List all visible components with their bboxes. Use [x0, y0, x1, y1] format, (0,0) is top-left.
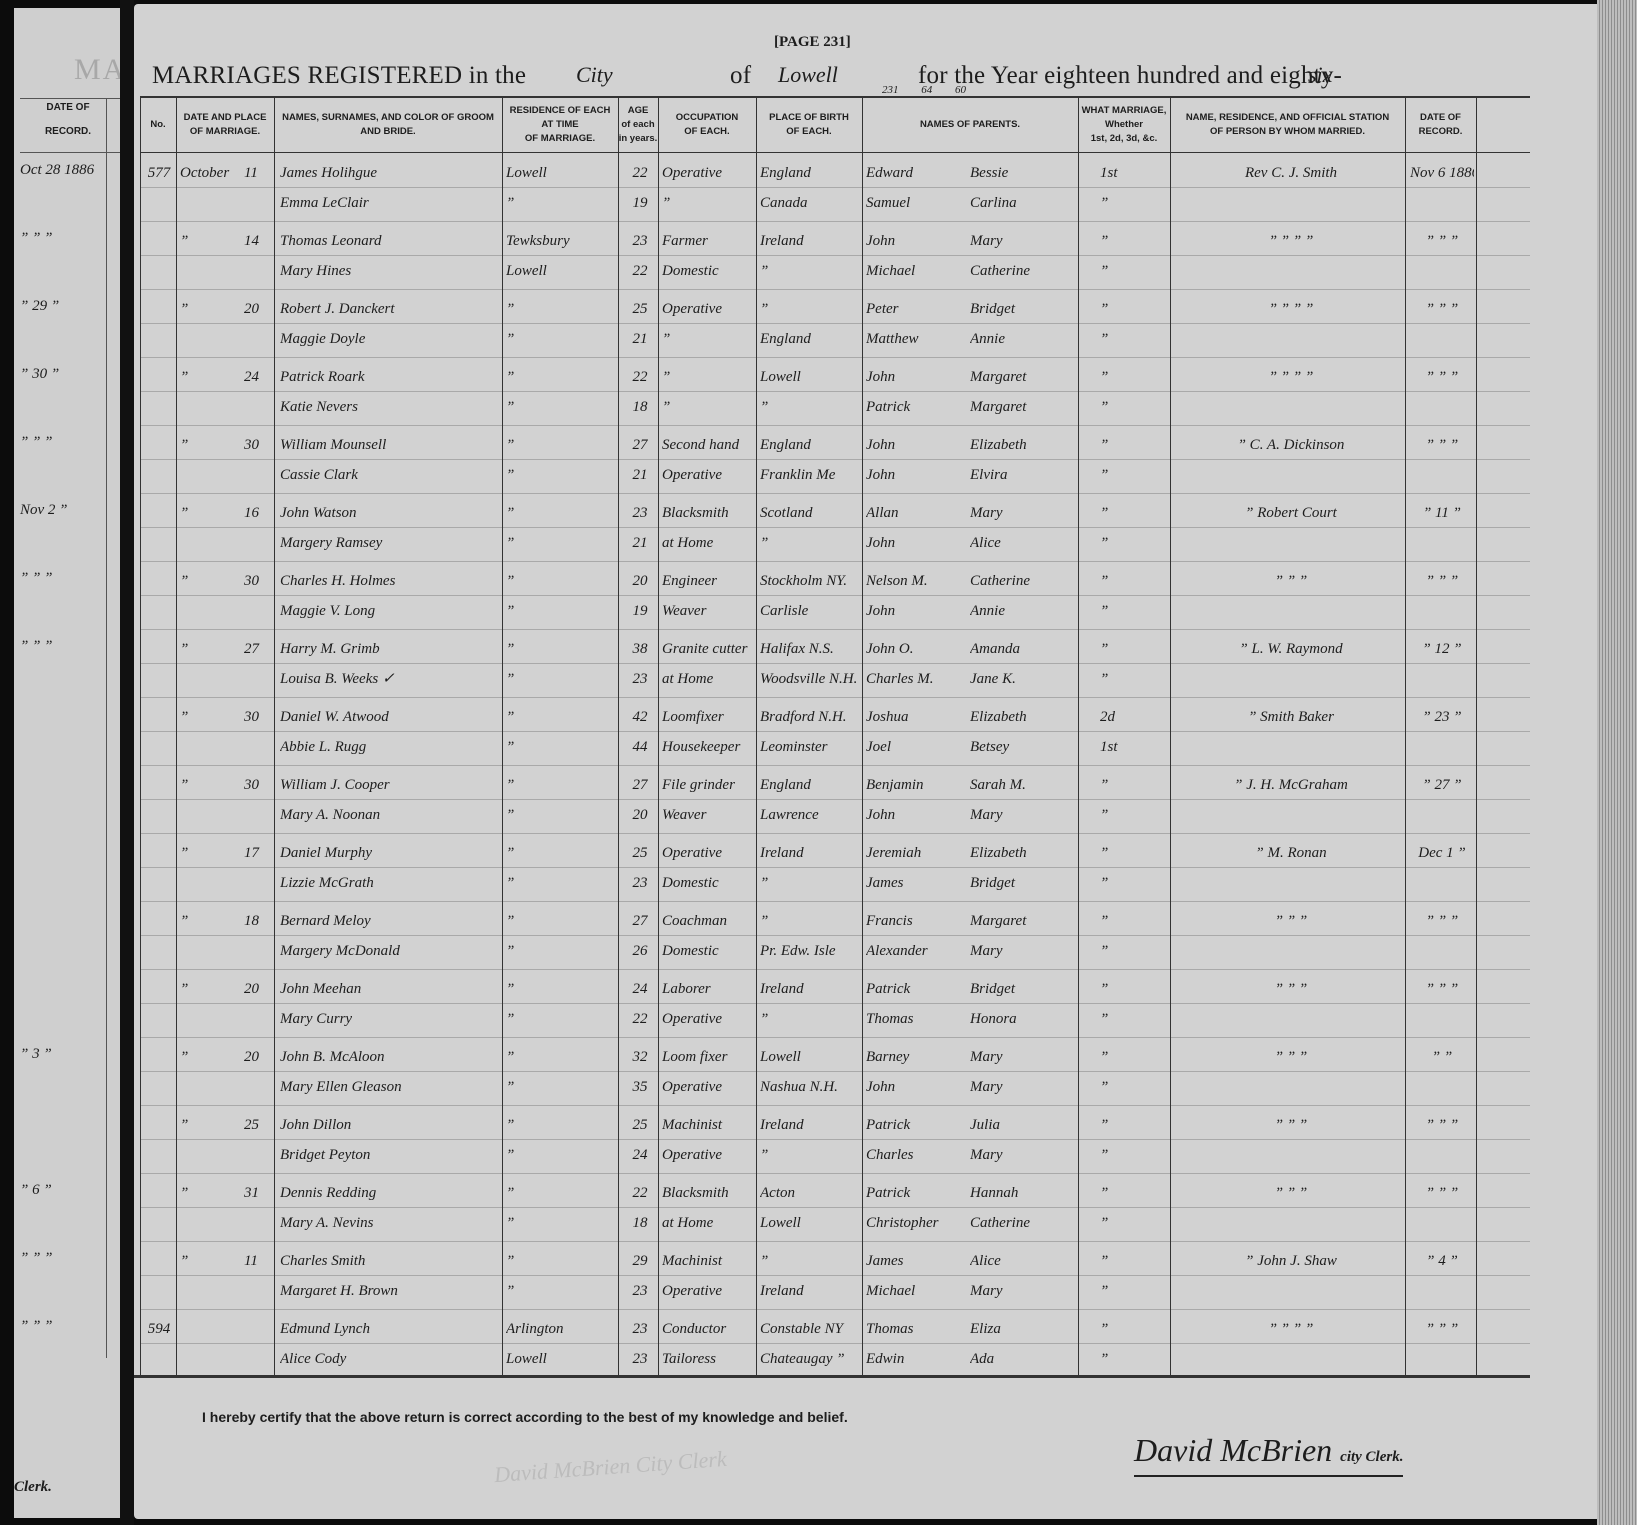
cell-date: ”14: [180, 226, 272, 256]
cell-no: 577: [142, 158, 176, 188]
year-suffix: six: [1308, 62, 1332, 88]
cell-names: Edmund LynchAlice Cody: [280, 1314, 500, 1374]
bride: Margery Ramsey: [280, 528, 500, 558]
register-entry: ”20John MeehanMary Curry””2422LaborerOpe…: [140, 974, 1530, 1042]
column-header-date_record: DATE OF RECORD.: [1405, 98, 1476, 152]
father: Patrick: [866, 1110, 966, 1140]
cell-date: ”16: [180, 498, 272, 528]
year-label: for the Year eighteen hundred and eighty…: [918, 62, 1342, 90]
cell-father: PatrickThomas: [866, 974, 966, 1034]
marriage-month: ”: [180, 301, 188, 317]
cell-birthplace: ”Pr. Edw. Isle: [760, 906, 860, 966]
cell-father: PeterMatthew: [866, 294, 966, 354]
occ-g: Blacksmith: [662, 1178, 754, 1208]
marr-g: ”: [1100, 906, 1166, 936]
cell-father: EdwardSamuel: [866, 158, 966, 218]
cell-date: ”24: [180, 362, 272, 392]
register-entry: ”20Robert J. DanckertMaggie Doyle””2521O…: [140, 294, 1530, 362]
cell-father: BarneyJohn: [866, 1042, 966, 1102]
left-record-date: Oct 28 1886: [20, 162, 110, 179]
cell-recorded: Dec 1 ”: [1410, 838, 1474, 868]
cell-officiant: ” John J. Shaw: [1180, 1246, 1402, 1276]
occ-b: at Home: [662, 664, 754, 694]
cell-age: 2726: [624, 906, 656, 966]
officiant: ” C. A. Dickinson: [1180, 430, 1402, 460]
age-b: 21: [624, 528, 656, 558]
register-entry: ”30Daniel W. AtwoodAbbie L. Rugg””4244Lo…: [140, 702, 1530, 770]
cell-age: 3823: [624, 634, 656, 694]
left-clerk-fragment: Clerk.: [14, 1479, 52, 1496]
father2: Alexander: [866, 936, 966, 966]
father2: Thomas: [866, 1004, 966, 1034]
register-entry: ”14Thomas LeonardMary HinesTewksburyLowe…: [140, 226, 1530, 294]
officiant: ” ” ”: [1180, 1110, 1402, 1140]
res-b: ”: [506, 1004, 616, 1034]
cell-officiant: ” ” ”: [1180, 1110, 1402, 1140]
cell-residence: ””: [506, 1246, 616, 1306]
cell-age: 2321: [624, 498, 656, 558]
marr-g: ”: [1100, 1314, 1166, 1344]
marriage-day: 25: [244, 1110, 259, 1140]
occ-b: Domestic: [662, 868, 754, 898]
res-b: ”: [506, 1276, 616, 1306]
bride: Mary Curry: [280, 1004, 500, 1034]
marr-b: ”: [1100, 1072, 1166, 1102]
res-g: ”: [506, 1178, 616, 1208]
cell-what-marriage: ””: [1100, 906, 1166, 966]
cell-father: JoshuaJoel: [866, 702, 966, 762]
cell-what-marriage: ””: [1100, 498, 1166, 558]
res-b: ”: [506, 1208, 616, 1238]
occ-b: ”: [662, 188, 754, 218]
cell-names: Charles SmithMargaret H. Brown: [280, 1246, 500, 1306]
cell-father: JeremiahJames: [866, 838, 966, 898]
father2: Michael: [866, 1276, 966, 1306]
marriage-day: 31: [244, 1178, 259, 1208]
recorded: ” ” ”: [1410, 430, 1474, 460]
cell-birthplace: EnglandCanada: [760, 158, 860, 218]
cell-what-marriage: ””: [1100, 770, 1166, 830]
age-g: 32: [624, 1042, 656, 1072]
occ-g: Operative: [662, 294, 754, 324]
left-column-rule: [106, 98, 107, 1358]
officiant: ” Smith Baker: [1180, 702, 1402, 732]
cell-recorded: ” ” ”: [1410, 1110, 1474, 1140]
cell-age: 2523: [624, 838, 656, 898]
bride: Mary A. Noonan: [280, 800, 500, 830]
left-record-date: ” ” ”: [20, 1250, 110, 1267]
column-header-date_place: DATE AND PLACE OF MARRIAGE.: [176, 98, 274, 152]
mother: Mary: [970, 1042, 1074, 1072]
cell-birthplace: ActonLowell: [760, 1178, 860, 1238]
cell-what-marriage: ””: [1100, 838, 1166, 898]
cell-names: Daniel W. AtwoodAbbie L. Rugg: [280, 702, 500, 762]
mother: Bessie: [970, 158, 1074, 188]
bride: Margaret H. Brown: [280, 1276, 500, 1306]
marr-g: ”: [1100, 226, 1166, 256]
cell-occupation: OperativeDomestic: [662, 838, 754, 898]
marr-g: ”: [1100, 362, 1166, 392]
mother2: Bridget: [970, 868, 1074, 898]
birth-g: Lowell: [760, 362, 860, 392]
recorded: ” ”: [1410, 1042, 1474, 1072]
occ-g: Second hand: [662, 430, 754, 460]
age-g: 22: [624, 1178, 656, 1208]
cell-recorded: ” ”: [1410, 1042, 1474, 1072]
age-g: 25: [624, 1110, 656, 1140]
bride: Mary A. Nevins: [280, 1208, 500, 1238]
age-b: 18: [624, 1208, 656, 1238]
officiant: ” L. W. Raymond: [1180, 634, 1402, 664]
cell-names: John MeehanMary Curry: [280, 974, 500, 1034]
age-b: 23: [624, 664, 656, 694]
groom: Bernard Meloy: [280, 906, 500, 936]
cell-age: 2219: [624, 158, 656, 218]
cell-residence: ””: [506, 294, 616, 354]
groom: Daniel Murphy: [280, 838, 500, 868]
cell-father: PatrickChristopher: [866, 1178, 966, 1238]
res-g: ”: [506, 1110, 616, 1140]
mother: Julia: [970, 1110, 1074, 1140]
marriage-day: 11: [244, 158, 258, 188]
margin-notes: 231 64 60: [882, 84, 966, 96]
cell-recorded: Nov 6 1886: [1410, 158, 1474, 188]
register-entry: ”16John WatsonMargery Ramsey””2321Blacks…: [140, 498, 1530, 566]
age-b: 44: [624, 732, 656, 762]
marriage-day: 24: [244, 362, 259, 392]
res-b: ”: [506, 868, 616, 898]
occ-b: Operative: [662, 1004, 754, 1034]
register-entry: ”17Daniel MurphyLizzie McGrath””2523Oper…: [140, 838, 1530, 906]
cell-occupation: Operative”: [662, 158, 754, 218]
occ-g: Engineer: [662, 566, 754, 596]
occ-b: ”: [662, 324, 754, 354]
marriage-day: 30: [244, 430, 259, 460]
age-g: 20: [624, 566, 656, 596]
father2: Samuel: [866, 188, 966, 218]
cell-age: 3235: [624, 1042, 656, 1102]
age-g: 23: [624, 226, 656, 256]
cell-mother: MaryAlice: [970, 498, 1074, 558]
officiant: ” ” ” ”: [1180, 294, 1402, 324]
birth-g: England: [760, 770, 860, 800]
mother: Bridget: [970, 294, 1074, 324]
recorded: ” ” ”: [1410, 362, 1474, 392]
occ-g: Coachman: [662, 906, 754, 936]
place-name: Lowell: [778, 62, 838, 88]
page-edges: [1597, 0, 1637, 1525]
officiant: ” J. H. McGraham: [1180, 770, 1402, 800]
marr-g: ”: [1100, 1042, 1166, 1072]
birth-b: Woodsville N.H.: [760, 664, 860, 694]
res-g: ”: [506, 362, 616, 392]
res-b: ”: [506, 528, 616, 558]
cell-occupation: CoachmanDomestic: [662, 906, 754, 966]
marr-b: ”: [1100, 324, 1166, 354]
register-entry: ”25John DillonBridget Peyton””2524Machin…: [140, 1110, 1530, 1178]
marr-g: ”: [1100, 770, 1166, 800]
cell-recorded: ” 11 ”: [1410, 498, 1474, 528]
recorded: ” ” ”: [1410, 566, 1474, 596]
occ-b: Tailoress: [662, 1344, 754, 1374]
age-b: 23: [624, 1276, 656, 1306]
marr-b: ”: [1100, 188, 1166, 218]
register-entry: 59413Edmund LynchAlice CodyArlingtonLowe…: [140, 1314, 1530, 1382]
occ-b: Operative: [662, 460, 754, 490]
title-prefix: MARRIAGES REGISTERED in the: [152, 62, 526, 90]
cell-age: 2422: [624, 974, 656, 1034]
mother: Margaret: [970, 362, 1074, 392]
certification-statement: I hereby certify that the above return i…: [202, 1409, 848, 1425]
father: Francis: [866, 906, 966, 936]
cell-date: ”11: [180, 1246, 272, 1276]
cell-what-marriage: 2d1st: [1100, 702, 1166, 762]
officiant: ” ” ” ”: [1180, 226, 1402, 256]
father: John: [866, 430, 966, 460]
cell-residence: Lowell”: [506, 158, 616, 218]
occ-g: File grinder: [662, 770, 754, 800]
marriage-day: 18: [244, 906, 259, 936]
cell-mother: HannahCatherine: [970, 1178, 1074, 1238]
signature-name: David McBrien: [1134, 1432, 1332, 1468]
cell-what-marriage: ””: [1100, 566, 1166, 626]
marriage-day: 20: [244, 1042, 259, 1072]
res-b: Lowell: [506, 256, 616, 286]
bride: Bridget Peyton: [280, 1140, 500, 1170]
res-b: ”: [506, 460, 616, 490]
officiant: ” ” ” ”: [1180, 1314, 1402, 1344]
mother2: Mary: [970, 1140, 1074, 1170]
register-entry: 577October11James HolihgueEmma LeClairLo…: [140, 158, 1530, 226]
res-b: ”: [506, 1072, 616, 1102]
marr-g: ”: [1100, 1178, 1166, 1208]
cell-recorded: ” 4 ”: [1410, 1246, 1474, 1276]
cell-residence: ””: [506, 566, 616, 626]
birth-b: ”: [760, 256, 860, 286]
cell-occupation: Operative”: [662, 294, 754, 354]
cell-residence: ””: [506, 498, 616, 558]
cell-birthplace: Scotland”: [760, 498, 860, 558]
cell-officiant: ” ” ” ”: [1180, 294, 1402, 324]
mother2: Mary: [970, 800, 1074, 830]
occ-g: Laborer: [662, 974, 754, 1004]
marr-b: ”: [1100, 1276, 1166, 1306]
res-g: ”: [506, 906, 616, 936]
mother2: Carlina: [970, 188, 1074, 218]
cell-birthplace: ”England: [760, 294, 860, 354]
cell-mother: ElizaAda: [970, 1314, 1074, 1374]
birth-g: Ireland: [760, 226, 860, 256]
cell-age: 2721: [624, 430, 656, 490]
cell-occupation: EngineerWeaver: [662, 566, 754, 626]
cell-father: John O.Charles M.: [866, 634, 966, 694]
groom: Thomas Leonard: [280, 226, 500, 256]
mother: Eliza: [970, 1314, 1074, 1344]
register-entry: ”24Patrick RoarkKatie Nevers””2218””Lowe…: [140, 362, 1530, 430]
mother2: Mary: [970, 1072, 1074, 1102]
column-header-what_marriage: WHAT MARRIAGE, Whether 1st, 2d, 3d, &c.: [1078, 98, 1170, 152]
cell-occupation: Loom fixerOperative: [662, 1042, 754, 1102]
bride: Mary Ellen Gleason: [280, 1072, 500, 1102]
cell-date: ”31: [180, 1178, 272, 1208]
left-date-of-record-header: DATE OF RECORD.: [24, 96, 112, 144]
cell-age: 2923: [624, 1246, 656, 1306]
marr-b: ”: [1100, 392, 1166, 422]
mother: Margaret: [970, 906, 1074, 936]
groom: Charles Smith: [280, 1246, 500, 1276]
marriage-month: October: [180, 165, 229, 181]
father2: Michael: [866, 256, 966, 286]
res-b: ”: [506, 664, 616, 694]
occ-b: Domestic: [662, 256, 754, 286]
signature-title: city Clerk.: [1340, 1449, 1403, 1465]
father: John: [866, 362, 966, 392]
marriage-month: ”: [180, 505, 188, 521]
mother: Elizabeth: [970, 838, 1074, 868]
father2: John: [866, 800, 966, 830]
cell-officiant: ” ” ”: [1180, 974, 1402, 1004]
marriage-month: ”: [180, 1185, 188, 1201]
cell-mother: BridgetAnnie: [970, 294, 1074, 354]
marriage-month: ”: [180, 573, 188, 589]
marr-g: ”: [1100, 498, 1166, 528]
father2: Patrick: [866, 392, 966, 422]
birth-b: England: [760, 324, 860, 354]
groom: Dennis Redding: [280, 1178, 500, 1208]
occ-g: Loom fixer: [662, 1042, 754, 1072]
mother: Sarah M.: [970, 770, 1074, 800]
cell-mother: ElizabethBetsey: [970, 702, 1074, 762]
marr-b: ”: [1100, 664, 1166, 694]
marr-b: ”: [1100, 800, 1166, 830]
cell-father: AllanJohn: [866, 498, 966, 558]
cell-residence: ””: [506, 974, 616, 1034]
cell-officiant: ” ” ” ”: [1180, 226, 1402, 256]
birth-b: ”: [760, 1004, 860, 1034]
occ-b: ”: [662, 392, 754, 422]
father2: Joel: [866, 732, 966, 762]
birth-b: Leominster: [760, 732, 860, 762]
marriage-month: ”: [180, 709, 188, 725]
birth-b: Ireland: [760, 1276, 860, 1306]
left-record-date: ” 30 ”: [20, 366, 110, 383]
cell-age: 2323: [624, 1314, 656, 1374]
father: Barney: [866, 1042, 966, 1072]
cell-no: 594: [142, 1314, 176, 1344]
cell-recorded: ” ” ”: [1410, 294, 1474, 324]
age-g: 22: [624, 158, 656, 188]
bride: Alice Cody: [280, 1344, 500, 1374]
page-label: [PAGE 231]: [774, 34, 851, 51]
marr-g: ”: [1100, 566, 1166, 596]
father: Allan: [866, 498, 966, 528]
register-entry: ”30William MounsellCassie Clark””2721Sec…: [140, 430, 1530, 498]
res-g: Tewksbury: [506, 226, 616, 256]
bride: Louisa B. Weeks ✓: [280, 664, 500, 694]
mother2: Ada: [970, 1344, 1074, 1374]
cell-occupation: ””: [662, 362, 754, 422]
father: Edward: [866, 158, 966, 188]
father2: John: [866, 528, 966, 558]
groom: James Holihgue: [280, 158, 500, 188]
cell-what-marriage: ””: [1100, 974, 1166, 1034]
cell-date: October11: [180, 158, 272, 188]
res-b: ”: [506, 324, 616, 354]
cell-residence: ””: [506, 1178, 616, 1238]
marr-g: ”: [1100, 294, 1166, 324]
cell-date: ”20: [180, 1042, 272, 1072]
mother2: Catherine: [970, 1208, 1074, 1238]
age-b: 35: [624, 1072, 656, 1102]
age-b: 22: [624, 1004, 656, 1034]
birth-g: ”: [760, 294, 860, 324]
birth-g: Acton: [760, 1178, 860, 1208]
birth-g: Scotland: [760, 498, 860, 528]
res-g: ”: [506, 702, 616, 732]
age-g: 25: [624, 294, 656, 324]
father2: Charles M.: [866, 664, 966, 694]
marriage-day: 14: [244, 226, 259, 256]
mother: Catherine: [970, 566, 1074, 596]
column-header-parents: NAMES OF PARENTS.: [862, 98, 1078, 152]
cell-father: JohnJohn: [866, 430, 966, 490]
res-b: ”: [506, 732, 616, 762]
cell-names: John DillonBridget Peyton: [280, 1110, 500, 1170]
cell-birthplace: Stockholm NY.Carlisle: [760, 566, 860, 626]
bride: Margery McDonald: [280, 936, 500, 966]
occ-b: Operative: [662, 1072, 754, 1102]
cell-what-marriage: ””: [1100, 362, 1166, 422]
groom: John Meehan: [280, 974, 500, 1004]
marr-b: 1st: [1100, 732, 1166, 762]
recorded: ” ” ”: [1410, 1110, 1474, 1140]
groom: Patrick Roark: [280, 362, 500, 392]
cell-occupation: MachinistOperative: [662, 1246, 754, 1306]
birth-g: ”: [760, 906, 860, 936]
age-g: 27: [624, 770, 656, 800]
left-record-date: ” ” ”: [20, 230, 110, 247]
cell-residence: TewksburyLowell: [506, 226, 616, 286]
father: Thomas: [866, 1314, 966, 1344]
recorded: ” 12 ”: [1410, 634, 1474, 664]
res-g: Lowell: [506, 158, 616, 188]
officiant: ” John J. Shaw: [1180, 1246, 1402, 1276]
age-g: 23: [624, 498, 656, 528]
cell-residence: ””: [506, 634, 616, 694]
birth-b: Canada: [760, 188, 860, 218]
cell-birthplace: Ireland”: [760, 838, 860, 898]
column-header-age: AGE of each in years.: [618, 98, 658, 152]
cell-occupation: Granite cutterat Home: [662, 634, 754, 694]
officiant: ” ” ”: [1180, 906, 1402, 936]
cell-residence: ””: [506, 362, 616, 422]
age-g: 23: [624, 1314, 656, 1344]
cell-mother: MargaretMargaret: [970, 362, 1074, 422]
cell-recorded: ” ” ”: [1410, 430, 1474, 460]
cell-officiant: ” ” ”: [1180, 906, 1402, 936]
cell-mother: MaryMary: [970, 1042, 1074, 1102]
left-page-strip: MAR DATE OF RECORD. Oct 28 1886” ” ”” 29…: [14, 8, 122, 1518]
cell-father: PatrickCharles: [866, 1110, 966, 1170]
cell-age: 2720: [624, 770, 656, 830]
cell-occupation: FarmerDomestic: [662, 226, 754, 286]
bride: Lizzie McGrath: [280, 868, 500, 898]
cell-mother: MaryCatherine: [970, 226, 1074, 286]
mother2: Annie: [970, 596, 1074, 626]
column-header-no: No.: [140, 98, 176, 152]
res-g: ”: [506, 1042, 616, 1072]
age-b: 18: [624, 392, 656, 422]
